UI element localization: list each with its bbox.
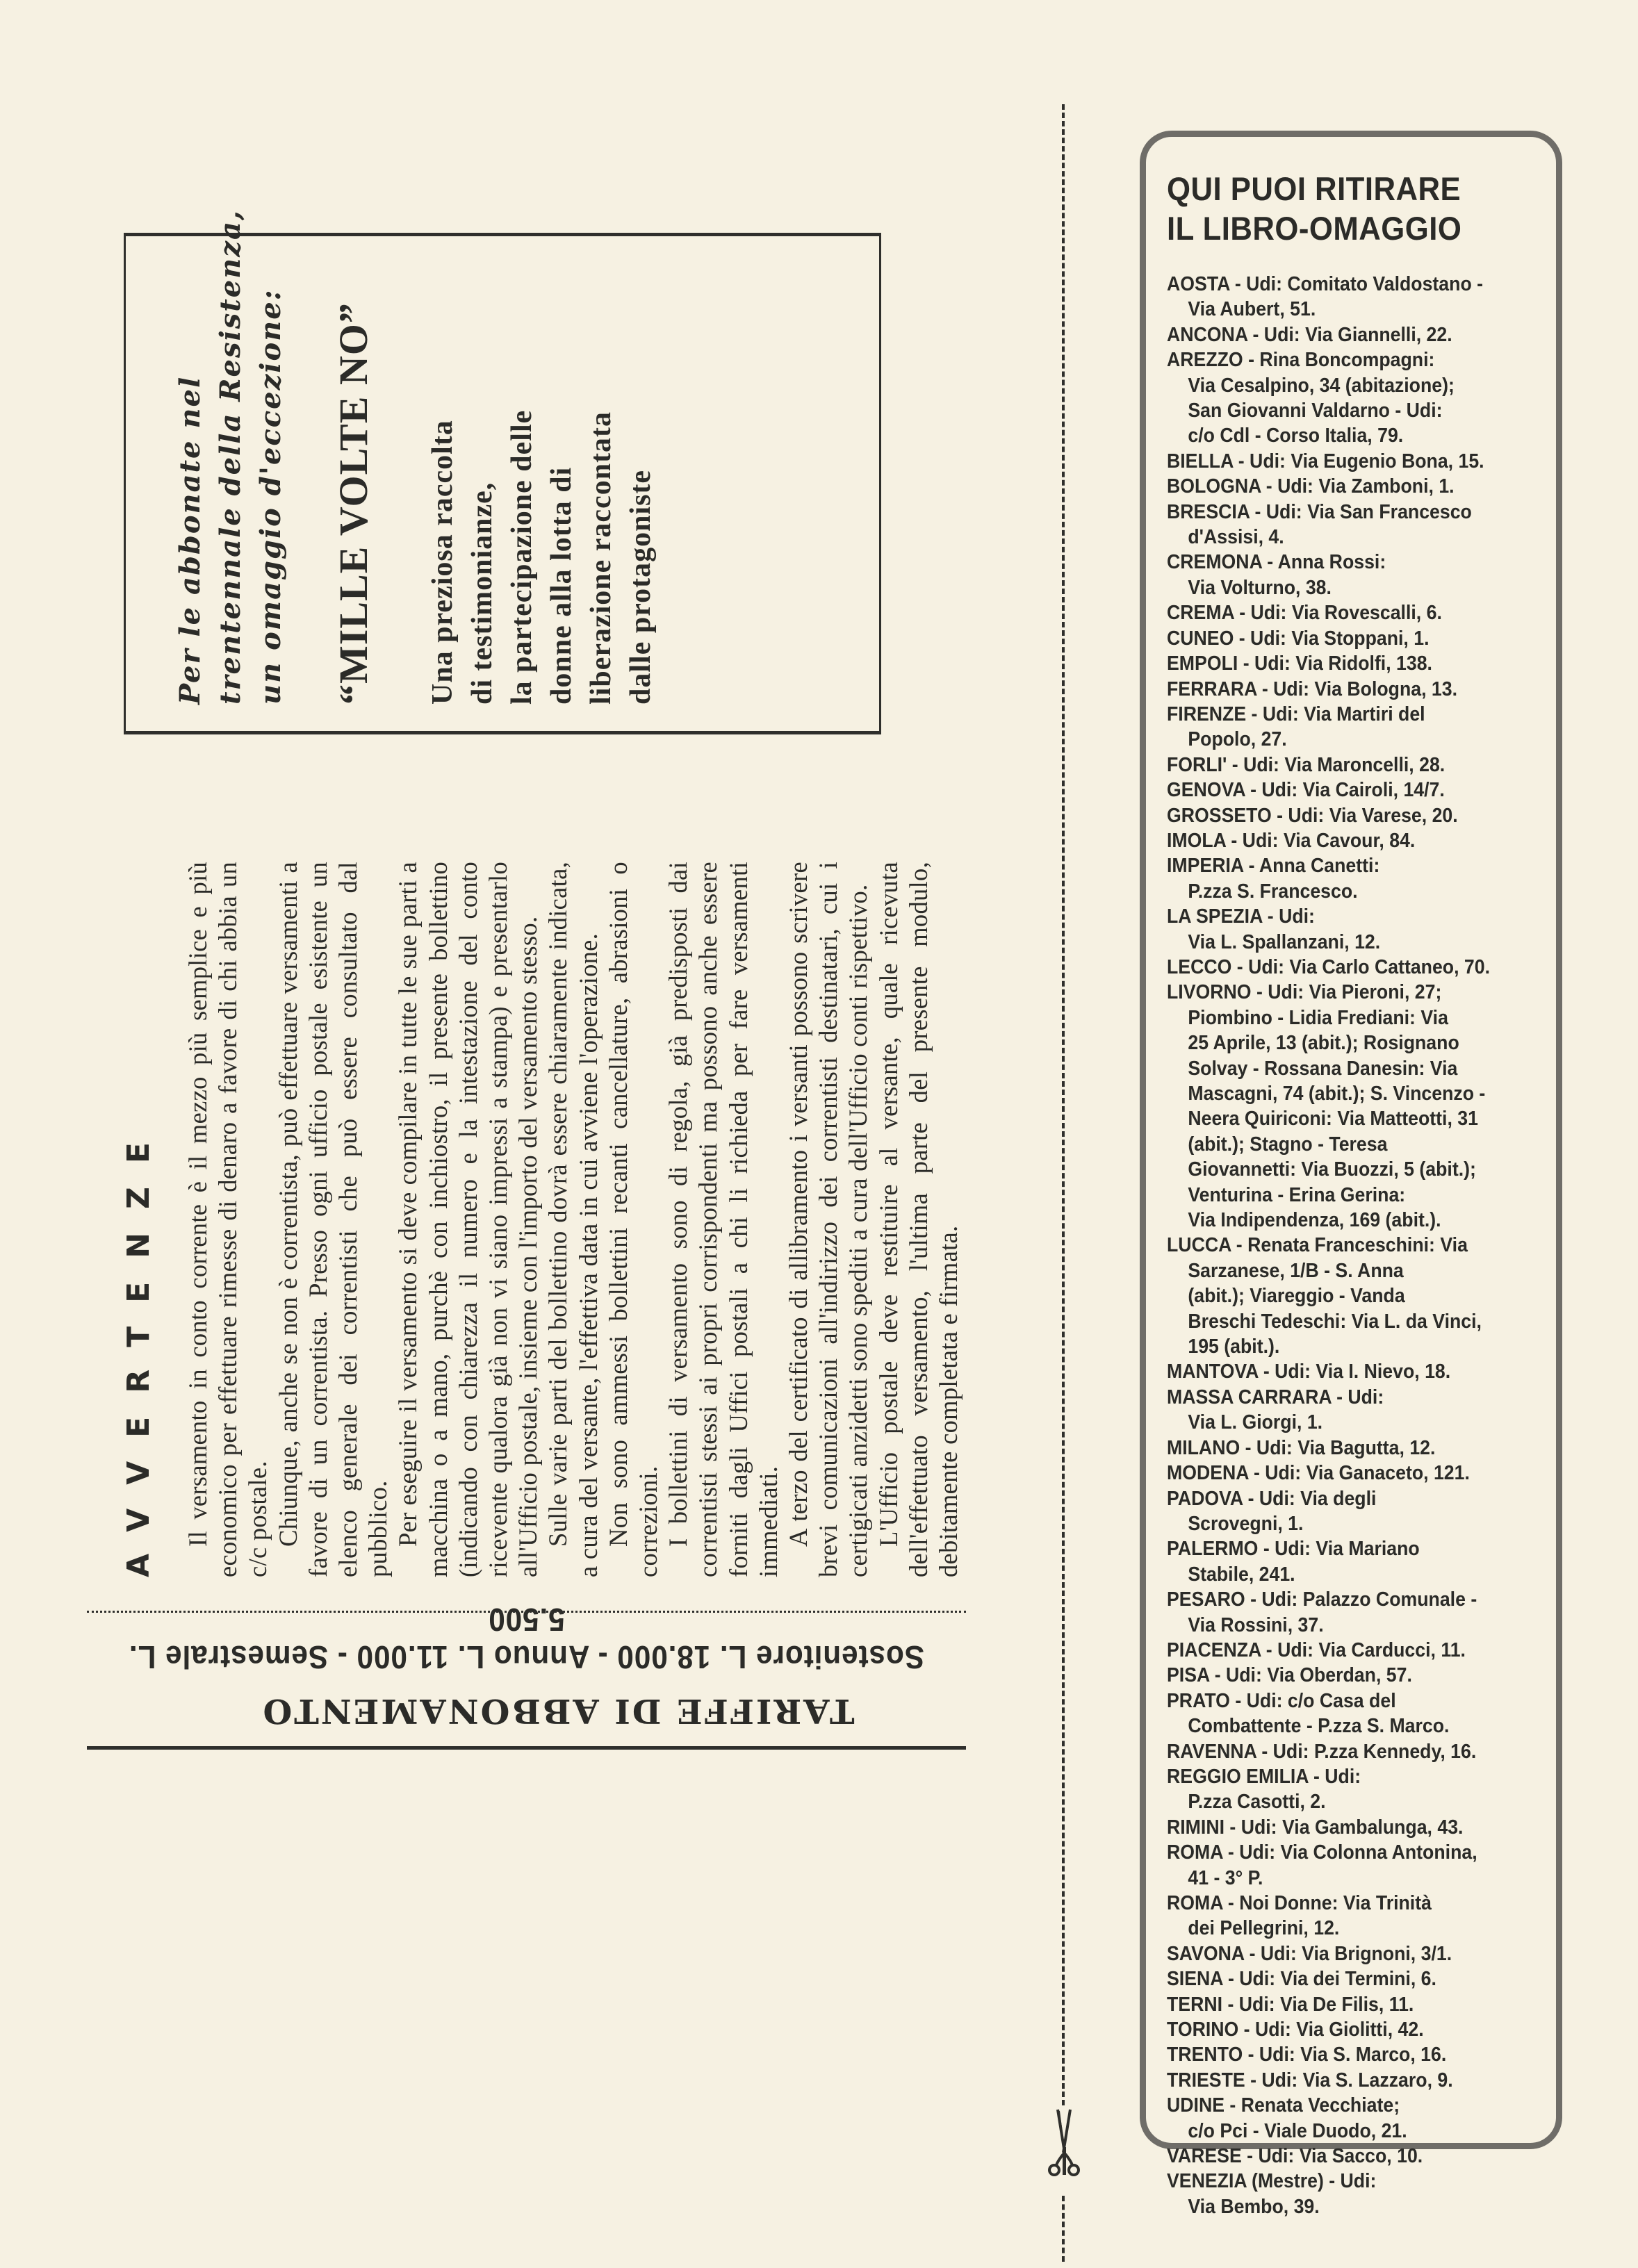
- pickup-location-line: ROMA - Noi Donne: Via Trinità: [1167, 1891, 1525, 1916]
- gift-intro: Per le abbonate nel trentennale della Re…: [170, 247, 291, 720]
- pickup-location-line: TORINO - Udi: Via Giolitti, 42.: [1167, 2017, 1525, 2042]
- pickup-location-continuation: Sarzanese, 1/B - S. Anna: [1167, 1258, 1525, 1283]
- pickup-location-line: MODENA - Udi: Via Ganaceto, 121.: [1167, 1461, 1525, 1486]
- pickup-location-entry: UDINE - Renata Vecchiate;c/o Pci - Viale…: [1167, 2093, 1525, 2144]
- pickup-location-entry: PESARO - Udi: Palazzo Comunale -Via Ross…: [1167, 1587, 1525, 1638]
- pickup-location-entry: MANTOVA - Udi: Via I. Nievo, 18.: [1167, 1359, 1525, 1384]
- avvertenze-paragraph: Non sono ammessi bollettini recanti canc…: [603, 862, 663, 1577]
- book-description: Una preziosa raccolta di testimonianze, …: [423, 247, 661, 720]
- avvertenze-paragraph: Chiunque, anche se non è correntista, pu…: [273, 862, 393, 1577]
- pickup-location-entry: MODENA - Udi: Via Ganaceto, 121.: [1167, 1461, 1525, 1486]
- pickup-location-line: LIVORNO - Udi: Via Pieroni, 27;: [1167, 980, 1525, 1005]
- pickup-location-line: FORLI' - Udi: Via Maroncelli, 28.: [1167, 753, 1525, 778]
- divider-line: [87, 1746, 966, 1750]
- pickup-location-entry: VARESE - Udi: Via Sacco, 10.: [1167, 2144, 1525, 2169]
- pickup-location-continuation: Via Bembo, 39.: [1167, 2194, 1525, 2219]
- pickup-location-entry: TERNI - Udi: Via De Filis, 11.: [1167, 1992, 1525, 2017]
- pickup-location-entry: CREMA - Udi: Via Rovescalli, 6.: [1167, 600, 1525, 625]
- pickup-location-continuation: 195 (abit.).: [1167, 1334, 1525, 1359]
- avvertenze-body: Il versamento in conto corrente è il mez…: [183, 862, 963, 1605]
- book-description-line: di testimonianze,: [463, 247, 502, 705]
- book-description-line: Una preziosa raccolta: [423, 247, 463, 705]
- avvertenze-content: AVVERTENZE Il versamento in conto corren…: [104, 813, 952, 1605]
- pickup-location-line: AOSTA - Udi: Comitato Valdostano -: [1167, 272, 1525, 297]
- pickup-location-continuation: Popolo, 27.: [1167, 727, 1525, 752]
- pickup-location-continuation: P.zza Casotti, 2.: [1167, 1789, 1525, 1814]
- pickup-location-entry: AOSTA - Udi: Comitato Valdostano -Via Au…: [1167, 272, 1525, 322]
- vertical-cut-line-tail: [1062, 2196, 1065, 2262]
- pickup-location-line: MANTOVA - Udi: Via I. Nievo, 18.: [1167, 1359, 1525, 1384]
- pickup-location-entry: TRIESTE - Udi: Via S. Lazzaro, 9.: [1167, 2068, 1525, 2093]
- pickup-locations-box: QUI PUOI RITIRARE IL LIBRO-OMAGGIO AOSTA…: [1140, 131, 1562, 2149]
- pickup-location-entry: ROMA - Udi: Via Colonna Antonina,41 - 3°…: [1167, 1840, 1525, 1891]
- pickup-location-continuation: Breschi Tedeschi: Via L. da Vinci,: [1167, 1309, 1525, 1334]
- pickup-location-line: LUCCA - Renata Franceschini: Via: [1167, 1233, 1525, 1258]
- pickup-location-entry: TORINO - Udi: Via Giolitti, 42.: [1167, 2017, 1525, 2042]
- pickup-location-entry: FIRENZE - Udi: Via Martiri delPopolo, 27…: [1167, 702, 1525, 753]
- pickup-location-line: CREMA - Udi: Via Rovescalli, 6.: [1167, 600, 1525, 625]
- pickup-location-line: ANCONA - Udi: Via Giannelli, 22.: [1167, 322, 1525, 347]
- pickup-location-continuation: Solvay - Rossana Danesin: Via: [1167, 1056, 1525, 1081]
- pickup-location-continuation: Piombino - Lidia Frediani: Via: [1167, 1005, 1525, 1030]
- pickup-location-entry: IMPERIA - Anna Canetti:P.zza S. Francesc…: [1167, 853, 1525, 904]
- avvertenze-paragraph: Per eseguire il versamento si deve compi…: [393, 862, 543, 1577]
- pickup-location-line: REGGIO EMILIA - Udi:: [1167, 1764, 1525, 1789]
- avvertenze-paragraph: A terzo del certificato di allibramento …: [783, 862, 874, 1577]
- pickup-location-continuation: Neera Quiriconi: Via Matteotti, 31: [1167, 1106, 1525, 1131]
- gift-intro-line: Per le abbonate nel: [170, 247, 211, 705]
- pickup-location-line: MILANO - Udi: Via Bagutta, 12.: [1167, 1436, 1525, 1461]
- pickup-location-line: TRIESTE - Udi: Via S. Lazzaro, 9.: [1167, 2068, 1525, 2093]
- pickup-location-continuation: dei Pellegrini, 12.: [1167, 1916, 1525, 1941]
- pickup-location-entry: TRENTO - Udi: Via S. Marco, 16.: [1167, 2042, 1525, 2067]
- pickup-location-line: BOLOGNA - Udi: Via Zamboni, 1.: [1167, 474, 1525, 499]
- pickup-locations-list: AOSTA - Udi: Comitato Valdostano -Via Au…: [1167, 272, 1525, 2219]
- scissors-icon: [1048, 2105, 1080, 2192]
- subscription-rates-title: TARIFFE DI ABBONAMENTO: [87, 1691, 966, 1730]
- pickup-location-continuation: Via Aubert, 51.: [1167, 297, 1525, 322]
- pickup-location-continuation: d'Assisi, 4.: [1167, 525, 1525, 550]
- pickup-location-entry: FORLI' - Udi: Via Maroncelli, 28.: [1167, 753, 1525, 778]
- pickup-location-line: PISA - Udi: Via Oberdan, 57.: [1167, 1663, 1525, 1688]
- pickup-location-continuation: c/o Pci - Viale Duodo, 21.: [1167, 2119, 1525, 2144]
- pickup-title-line: QUI PUOI RITIRARE: [1167, 169, 1529, 208]
- pickup-location-continuation: Via L. Giorgi, 1.: [1167, 1410, 1525, 1435]
- pickup-location-entry: REGGIO EMILIA - Udi:P.zza Casotti, 2.: [1167, 1764, 1525, 1815]
- pickup-location-continuation: Via Cesalpino, 34 (abitazione);: [1167, 373, 1525, 398]
- pickup-location-line: VENEZIA (Mestre) - Udi:: [1167, 2169, 1525, 2194]
- pickup-location-continuation: Giovannetti: Via Buozzi, 5 (abit.);: [1167, 1157, 1525, 1182]
- pickup-location-continuation: Stabile, 241.: [1167, 1562, 1525, 1587]
- pickup-location-entry: BOLOGNA - Udi: Via Zamboni, 1.: [1167, 474, 1525, 499]
- pickup-location-entry: BIELLA - Udi: Via Eugenio Bona, 15.: [1167, 449, 1525, 474]
- pickup-location-continuation: 25 Aprile, 13 (abit.); Rosignano: [1167, 1030, 1525, 1055]
- pickup-location-line: VARESE - Udi: Via Sacco, 10.: [1167, 2144, 1525, 2169]
- pickup-location-continuation: c/o Cdl - Corso Italia, 79.: [1167, 423, 1525, 448]
- pickup-location-line: PALERMO - Udi: Via Mariano: [1167, 1536, 1525, 1561]
- pickup-location-entry: LIVORNO - Udi: Via Pieroni, 27;Piombino …: [1167, 980, 1525, 1233]
- pickup-location-line: TERNI - Udi: Via De Filis, 11.: [1167, 1992, 1525, 2017]
- pickup-location-entry: PRATO - Udi: c/o Casa delCombattente - P…: [1167, 1688, 1525, 1739]
- pickup-location-entry: FERRARA - Udi: Via Bologna, 13.: [1167, 677, 1525, 702]
- pickup-location-continuation: Scrovegni, 1.: [1167, 1511, 1525, 1536]
- pickup-location-entry: GENOVA - Udi: Via Cairoli, 14/7.: [1167, 778, 1525, 803]
- pickup-location-line: IMPERIA - Anna Canetti:: [1167, 853, 1525, 878]
- pickup-location-entry: LECCO - Udi: Via Carlo Cattaneo, 70.: [1167, 955, 1525, 980]
- pickup-title-line: IL LIBRO-OMAGGIO: [1167, 208, 1529, 248]
- pickup-location-entry: CREMONA - Anna Rossi:Via Volturno, 38.: [1167, 550, 1525, 600]
- pickup-location-entry: AREZZO - Rina Boncompagni:Via Cesalpino,…: [1167, 347, 1525, 449]
- avvertenze-section: AVVERTENZE Il versamento in conto corren…: [104, 813, 952, 1605]
- pickup-location-entry: ANCONA - Udi: Via Giannelli, 22.: [1167, 322, 1525, 347]
- pickup-location-line: BRESCIA - Udi: Via San Francesco: [1167, 500, 1525, 525]
- pickup-location-line: PRATO - Udi: c/o Casa del: [1167, 1688, 1525, 1714]
- subscription-rates-section: TARIFFE DI ABBONAMENTO Sostenitore L. 18…: [87, 1605, 966, 1758]
- pickup-location-entry: PADOVA - Udi: Via degliScrovegni, 1.: [1167, 1486, 1525, 1537]
- book-description-line: la partecipazione delle: [502, 247, 542, 705]
- pickup-location-entry: RAVENNA - Udi: P.zza Kennedy, 16.: [1167, 1739, 1525, 1764]
- pickup-location-line: CUNEO - Udi: Via Stoppani, 1.: [1167, 626, 1525, 651]
- pickup-location-line: RIMINI - Udi: Via Gambalunga, 43.: [1167, 1815, 1525, 1840]
- pickup-location-line: SAVONA - Udi: Via Brignoni, 3/1.: [1167, 1941, 1525, 1966]
- gift-announcement-content: Per le abbonate nel trentennale della Re…: [134, 247, 871, 720]
- pickup-location-line: UDINE - Renata Vecchiate;: [1167, 2093, 1525, 2118]
- pickup-location-continuation: (abit.); Viareggio - Vanda: [1167, 1283, 1525, 1308]
- avvertenze-paragraph: Sulle varie parti del bollettino dovrà e…: [543, 862, 603, 1577]
- dotted-cut-line: [87, 1611, 966, 1613]
- book-description-line: donne alla lotta di: [542, 247, 582, 705]
- pickup-location-line: LA SPEZIA - Udi:: [1167, 904, 1525, 929]
- pickup-location-continuation: Via L. Spallanzani, 12.: [1167, 930, 1525, 955]
- pickup-location-line: LECCO - Udi: Via Carlo Cattaneo, 70.: [1167, 955, 1525, 980]
- pickup-location-entry: PALERMO - Udi: Via MarianoStabile, 241.: [1167, 1536, 1525, 1587]
- pickup-location-entry: VENEZIA (Mestre) - Udi:Via Bembo, 39.: [1167, 2169, 1525, 2219]
- pickup-location-continuation: (abit.); Stagno - Teresa: [1167, 1132, 1525, 1157]
- book-description-line: dalle protagoniste: [621, 247, 661, 705]
- pickup-location-continuation: 41 - 3° P.: [1167, 1866, 1525, 1891]
- pickup-location-entry: BRESCIA - Udi: Via San Francescod'Assisi…: [1167, 500, 1525, 550]
- pickup-location-line: GROSSETO - Udi: Via Varese, 20.: [1167, 803, 1525, 828]
- pickup-location-line: PADOVA - Udi: Via degli: [1167, 1486, 1525, 1511]
- pickup-location-line: PESARO - Udi: Palazzo Comunale -: [1167, 1587, 1525, 1612]
- pickup-location-continuation: Combattente - P.zza S. Marco.: [1167, 1714, 1525, 1739]
- pickup-location-entry: PISA - Udi: Via Oberdan, 57.: [1167, 1663, 1525, 1688]
- pickup-location-continuation: Mascagni, 74 (abit.); S. Vincenzo -: [1167, 1081, 1525, 1106]
- pickup-location-entry: LA SPEZIA - Udi:Via L. Spallanzani, 12.: [1167, 904, 1525, 955]
- pickup-location-line: IMOLA - Udi: Via Cavour, 84.: [1167, 828, 1525, 853]
- pickup-location-continuation: Via Volturno, 38.: [1167, 575, 1525, 600]
- pickup-location-entry: RIMINI - Udi: Via Gambalunga, 43.: [1167, 1815, 1525, 1840]
- pickup-location-line: FERRARA - Udi: Via Bologna, 13.: [1167, 677, 1525, 702]
- avvertenze-heading: AVVERTENZE: [121, 813, 156, 1577]
- avvertenze-paragraph: Il versamento in conto corrente è il mez…: [183, 862, 273, 1577]
- pickup-location-continuation: San Giovanni Valdarno - Udi:: [1167, 398, 1525, 423]
- pickup-location-entry: EMPOLI - Udi: Via Ridolfi, 138.: [1167, 651, 1525, 676]
- gift-announcement-box: Per le abbonate nel trentennale della Re…: [124, 233, 881, 734]
- book-title: “MILLE VOLTE NO”: [326, 247, 382, 720]
- avvertenze-paragraph: I bollettini di versamento sono di regol…: [663, 862, 783, 1577]
- book-description-line: liberazione raccontata: [582, 247, 621, 705]
- pickup-location-continuation: Via Indipendenza, 169 (abit.).: [1167, 1208, 1525, 1233]
- pickup-location-line: RAVENNA - Udi: P.zza Kennedy, 16.: [1167, 1739, 1525, 1764]
- pickup-location-continuation: Via Rossini, 37.: [1167, 1613, 1525, 1638]
- pickup-location-entry: SAVONA - Udi: Via Brignoni, 3/1.: [1167, 1941, 1525, 1966]
- vertical-cut-line: [1062, 104, 1065, 2105]
- pickup-location-entry: ROMA - Noi Donne: Via Trinitàdei Pellegr…: [1167, 1891, 1525, 1941]
- pickup-location-line: AREZZO - Rina Boncompagni:: [1167, 347, 1525, 372]
- pickup-location-continuation: Venturina - Erina Gerina:: [1167, 1183, 1525, 1208]
- pickup-location-line: CREMONA - Anna Rossi:: [1167, 550, 1525, 575]
- pickup-location-line: MASSA CARRARA - Udi:: [1167, 1385, 1525, 1410]
- pickup-location-line: ROMA - Udi: Via Colonna Antonina,: [1167, 1840, 1525, 1865]
- pickup-location-line: BIELLA - Udi: Via Eugenio Bona, 15.: [1167, 449, 1525, 474]
- pickup-location-line: FIRENZE - Udi: Via Martiri del: [1167, 702, 1525, 727]
- pickup-location-line: GENOVA - Udi: Via Cairoli, 14/7.: [1167, 778, 1525, 803]
- gift-intro-line: un omaggio d'eccezione:: [251, 247, 291, 705]
- pickup-location-entry: MASSA CARRARA - Udi:Via L. Giorgi, 1.: [1167, 1385, 1525, 1436]
- pickup-title: QUI PUOI RITIRARE IL LIBRO-OMAGGIO: [1167, 169, 1529, 248]
- pickup-location-entry: MILANO - Udi: Via Bagutta, 12.: [1167, 1436, 1525, 1461]
- pickup-location-line: SIENA - Udi: Via dei Termini, 6.: [1167, 1966, 1525, 1991]
- pickup-location-entry: PIACENZA - Udi: Via Carducci, 11.: [1167, 1638, 1525, 1663]
- avvertenze-paragraph: L'Ufficio postale deve restituire al ver…: [874, 862, 964, 1577]
- pickup-location-line: EMPOLI - Udi: Via Ridolfi, 138.: [1167, 651, 1525, 676]
- pickup-location-line: PIACENZA - Udi: Via Carducci, 11.: [1167, 1638, 1525, 1663]
- gift-intro-line: trentennale della Resistenza,: [211, 247, 251, 705]
- pickup-location-entry: IMOLA - Udi: Via Cavour, 84.: [1167, 828, 1525, 853]
- pickup-location-continuation: P.zza S. Francesco.: [1167, 879, 1525, 904]
- pickup-location-entry: SIENA - Udi: Via dei Termini, 6.: [1167, 1966, 1525, 1991]
- pickup-location-entry: GROSSETO - Udi: Via Varese, 20.: [1167, 803, 1525, 828]
- pickup-location-entry: CUNEO - Udi: Via Stoppani, 1.: [1167, 626, 1525, 651]
- pickup-location-line: TRENTO - Udi: Via S. Marco, 16.: [1167, 2042, 1525, 2067]
- pickup-location-entry: LUCCA - Renata Franceschini: ViaSarzanes…: [1167, 1233, 1525, 1359]
